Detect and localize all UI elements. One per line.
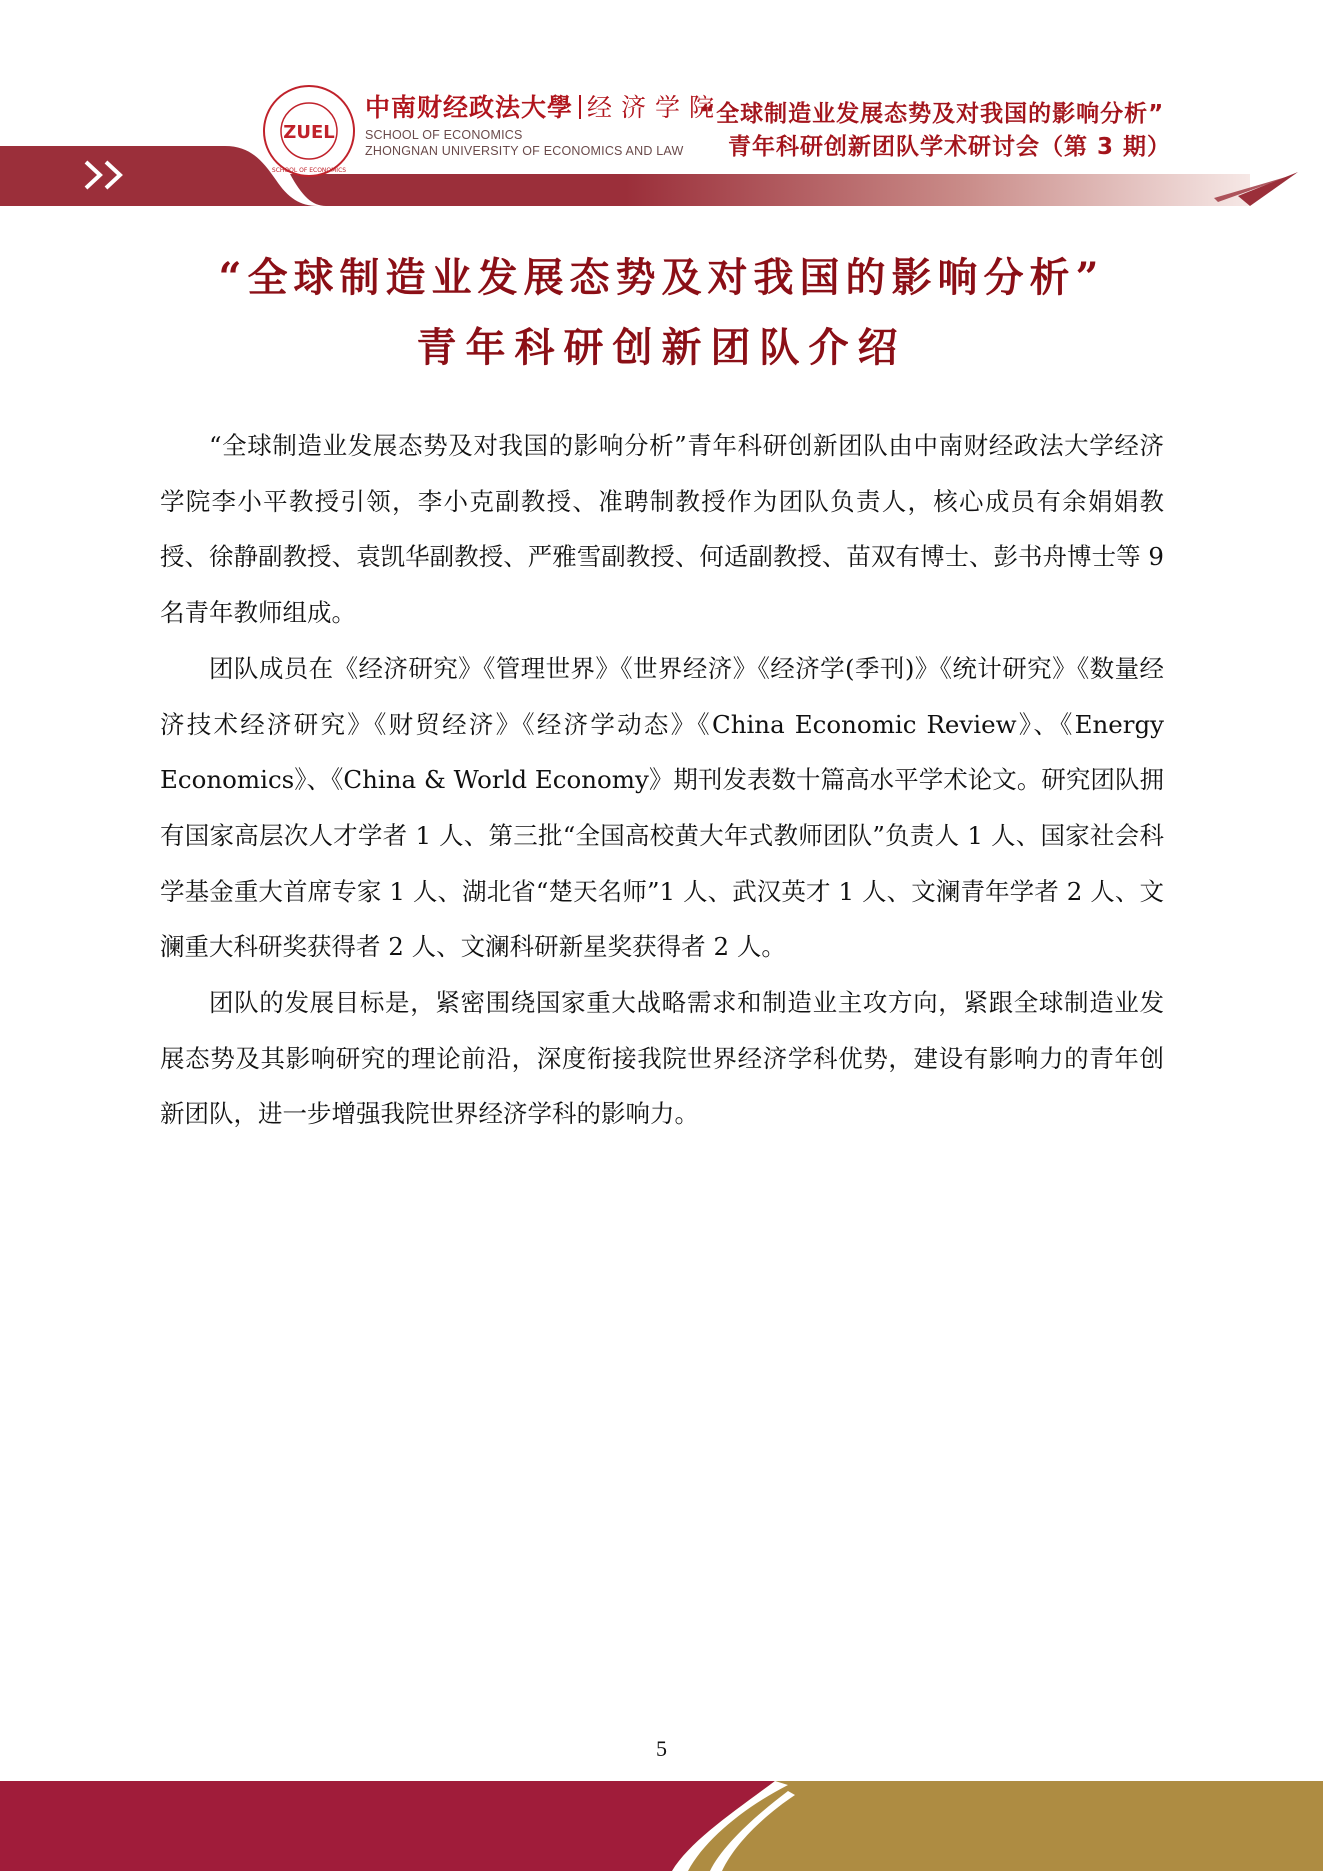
seminar-title-line1: “全球制造业发展态势及对我国的影响分析”: [700, 95, 1164, 128]
document-title-line1: “全球制造业发展态势及对我国的影响分析”: [0, 246, 1323, 303]
double-chevron-right-icon: [82, 158, 128, 192]
page-number: 5: [0, 1736, 1323, 1762]
school-name-en: SCHOOL OF ECONOMICS: [365, 128, 523, 142]
document-body: “全球制造业发展态势及对我国的影响分析”青年科研创新团队由中南财经政法大学经济学…: [160, 418, 1164, 1142]
footer-banner-graphic: [0, 1781, 1323, 1871]
document-title-line2: 青年科研创新团队介绍: [0, 316, 1323, 373]
university-name-en: ZHONGNAN UNIVERSITY OF ECONOMICS AND LAW: [365, 144, 683, 158]
paragraph-goals: 团队的发展目标是，紧密围绕国家重大战略需求和制造业主攻方向，紧跟全球制造业发展态…: [160, 975, 1164, 1142]
paragraph-team-composition: “全球制造业发展态势及对我国的影响分析”青年科研创新团队由中南财经政法大学经济学…: [160, 418, 1164, 641]
seminar-title-line2: 青年科研创新团队学术研讨会（第 3 期）: [728, 128, 1171, 161]
university-brand-cn: 中南财经政法大學经济学院: [365, 88, 723, 124]
svg-text:SCHOOL OF ECONOMICS: SCHOOL OF ECONOMICS: [272, 167, 346, 174]
brand-divider: [579, 95, 581, 119]
paragraph-achievements: 团队成员在《经济研究》《管理世界》《世界经济》《经济学(季刊)》《统计研究》《数…: [160, 641, 1164, 975]
university-name-cn: 中南财经政法大學: [365, 93, 573, 122]
svg-text:ZUEL: ZUEL: [283, 122, 334, 143]
university-seal-logo: ZUEL SCHOOL OF ECONOMICS: [262, 84, 356, 178]
page-header: ZUEL SCHOOL OF ECONOMICS 中南财经政法大學经济学院 SC…: [0, 0, 1323, 215]
